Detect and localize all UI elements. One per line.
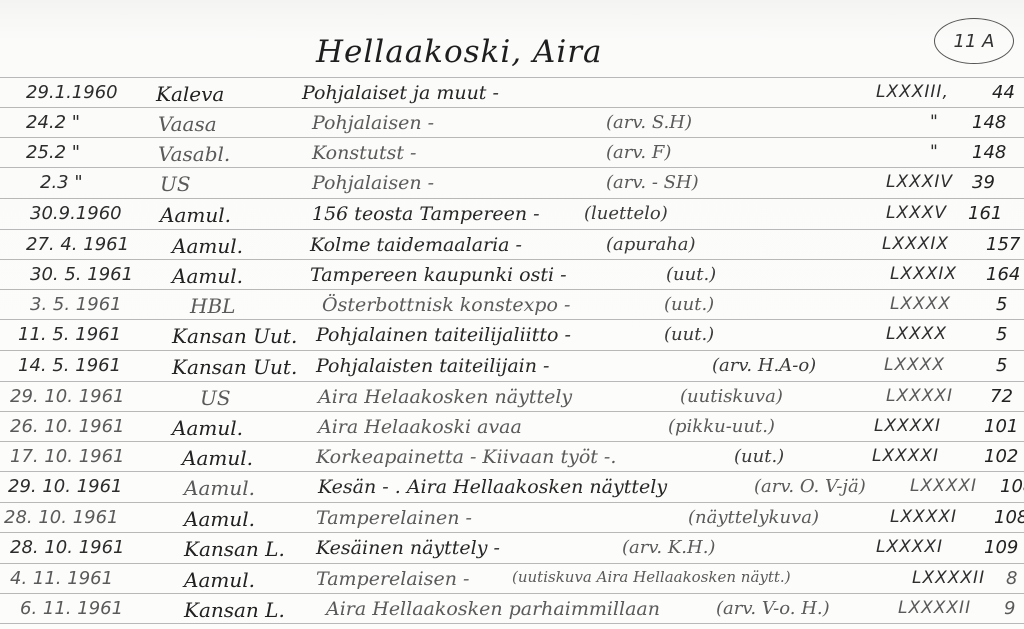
- entry-source: Kansan Uut.: [172, 324, 297, 348]
- entry-row: 30.9.1960 Aamul. 156 teosta Tampereen - …: [0, 201, 1024, 231]
- entry-title: Pohjalaisen -: [312, 172, 434, 194]
- entry-volume: ": [930, 142, 939, 162]
- entry-title: Konstutst -: [312, 142, 416, 164]
- entry-note: (näyttelykuva): [688, 507, 819, 528]
- entry-title: 156 teosta Tampereen -: [312, 203, 540, 225]
- entry-volume: LXXXV: [886, 203, 947, 223]
- entry-title: Tampereen kaupunki osti -: [310, 264, 567, 286]
- entry-page: 39: [972, 172, 995, 193]
- entry-title: Tamperelaisen -: [316, 568, 469, 590]
- entry-row: 14. 5. 1961 Kansan Uut. Pohjalaisten tai…: [0, 353, 1024, 383]
- entry-source: Aamul.: [160, 203, 231, 227]
- entry-date: 29.1.1960: [26, 82, 118, 103]
- entry-title: Kolme taidemaalaria -: [310, 234, 522, 256]
- entry-volume: LXXXIII,: [876, 82, 949, 102]
- entry-volume: LXXXX: [884, 355, 945, 375]
- entry-volume: LXXXIV: [886, 172, 953, 192]
- entry-note: (uutiskuva): [680, 386, 783, 407]
- entry-volume: ": [930, 112, 939, 132]
- entry-title: Österbottnisk konstexpo -: [322, 294, 570, 316]
- entry-row: 28. 10. 1961 Kansan L. Kesäinen näyttely…: [0, 535, 1024, 565]
- entry-row: 29.1.1960 Kaleva Pohjalaiset ja muut - L…: [0, 80, 1024, 110]
- entry-source: Kansan L.: [184, 537, 285, 561]
- entry-row: 3. 5. 1961 HBL Österbottnisk konstexpo -…: [0, 292, 1024, 322]
- entry-row: 26. 10. 1961 Aamul. Aira Helaakoski avaa…: [0, 414, 1024, 444]
- entry-note: (uut.): [666, 264, 716, 285]
- entry-page: 148: [972, 142, 1006, 163]
- entry-source: Aamul.: [172, 234, 243, 258]
- entry-page: 72: [990, 386, 1013, 407]
- entry-volume: LXXXXI: [910, 476, 977, 496]
- entry-source: Kaleva: [156, 82, 224, 106]
- entry-page: 102: [984, 446, 1018, 467]
- entry-page: 5: [996, 355, 1007, 376]
- entry-date: 29. 10. 1961: [8, 476, 123, 497]
- entry-title: Aira Helaakoski avaa: [318, 416, 522, 438]
- entry-row: 25.2 " Vasabl. Konstutst - (arv. F) " 14…: [0, 140, 1024, 170]
- entry-date: 30. 5. 1961: [30, 264, 133, 285]
- entry-page: 164: [986, 264, 1020, 285]
- entry-row: 24.2 " Vaasa Pohjalaisen - (arv. S.H) " …: [0, 110, 1024, 140]
- entry-page: 101: [984, 416, 1018, 437]
- entry-note: (arv. O. V-jä): [754, 476, 866, 497]
- entry-title: Pohjalaisen -: [312, 112, 434, 134]
- entry-title: Pohjalainen taiteilijaliitto -: [316, 324, 571, 346]
- entry-page: 9: [1004, 598, 1015, 619]
- entry-source: Aamul.: [184, 476, 255, 500]
- entry-page: 5: [996, 294, 1007, 315]
- entry-source: Vasabl.: [158, 142, 230, 166]
- entry-date: 30.9.1960: [30, 203, 122, 224]
- entry-row: 27. 4. 1961 Aamul. Kolme taidemaalaria -…: [0, 232, 1024, 262]
- entry-volume: LXXXXII: [898, 598, 971, 618]
- entry-date: 6. 11. 1961: [20, 598, 123, 619]
- entry-title: Aira Helaakosken näyttely: [318, 386, 572, 408]
- entry-page: 148: [972, 112, 1006, 133]
- entry-row: 29. 10. 1961 Aamul. Kesän - . Aira Hella…: [0, 474, 1024, 504]
- entry-date: 17. 10. 1961: [10, 446, 125, 467]
- entry-note: (uutiskuva Aira Hellaakosken näytt.): [512, 568, 791, 586]
- entry-note: (uut.): [664, 294, 714, 315]
- entry-source: US: [160, 172, 191, 196]
- entry-page: 157: [986, 234, 1020, 255]
- entry-date: 29. 10. 1961: [10, 386, 125, 407]
- entry-volume: LXXXXI: [890, 507, 957, 527]
- entry-page: 109: [984, 537, 1018, 558]
- card-title: Hellaakoski, Aira: [316, 34, 603, 70]
- entry-page: 5: [996, 324, 1007, 345]
- entry-note: (apuraha): [606, 234, 696, 255]
- entry-title: Aira Hellaakosken parhaimmillaan: [326, 598, 660, 620]
- entry-title: Kesäinen näyttely -: [316, 537, 500, 559]
- entry-note: (arv. K.H.): [622, 537, 715, 558]
- entry-source: HBL: [190, 294, 235, 318]
- entry-source: Aamul.: [182, 446, 253, 470]
- entry-date: 26. 10. 1961: [10, 416, 125, 437]
- entry-note: (luettelo): [584, 203, 668, 224]
- entry-title: Pohjalaisten taiteilijain -: [316, 355, 549, 377]
- entry-title: Pohjalaiset ja muut -: [302, 82, 499, 104]
- entry-date: 25.2 ": [26, 142, 80, 163]
- entry-page: 44: [992, 82, 1015, 103]
- entry-volume: LXXXXI: [874, 416, 941, 436]
- index-card: Hellaakoski, Aira 11 A 29.1.1960 Kaleva …: [0, 0, 1024, 629]
- entry-note: (arv. V-o. H.): [716, 598, 830, 619]
- entry-row: 17. 10. 1961 Aamul. Korkeapainetta - Kii…: [0, 444, 1024, 474]
- entry-volume: LXXXXI: [886, 386, 953, 406]
- entry-source: Aamul.: [172, 264, 243, 288]
- entry-note: (arv. - SH): [606, 172, 699, 193]
- entry-note: (arv. S.H): [606, 112, 692, 133]
- entry-date: 28. 10. 1961: [4, 507, 119, 528]
- entry-row: 6. 11. 1961 Kansan L. Aira Hellaakosken …: [0, 596, 1024, 626]
- entry-source: Aamul.: [172, 416, 243, 440]
- entry-title: Korkeapainetta - Kiivaan työt -.: [316, 446, 616, 468]
- entry-row: 28. 10. 1961 Aamul. Tamperelainen - (näy…: [0, 505, 1024, 535]
- entry-page: 161: [968, 203, 1002, 224]
- card-id-badge: 11 A: [934, 18, 1014, 64]
- entry-note: (arv. H.A-o): [712, 355, 816, 376]
- entry-source: Aamul.: [184, 568, 255, 592]
- entry-source: Kansan L.: [184, 598, 285, 622]
- entry-date: 4. 11. 1961: [10, 568, 113, 589]
- entry-row: 30. 5. 1961 Aamul. Tampereen kaupunki os…: [0, 262, 1024, 292]
- entry-source: Aamul.: [184, 507, 255, 531]
- entry-date: 27. 4. 1961: [26, 234, 129, 255]
- entry-note: (uut.): [734, 446, 784, 467]
- entry-date: 14. 5. 1961: [18, 355, 121, 376]
- entry-title: Kesän - . Aira Hellaakosken näyttely: [318, 476, 667, 498]
- entry-volume: LXXXXI: [872, 446, 939, 466]
- entry-volume: LXXXX: [890, 294, 951, 314]
- ruled-line: [0, 77, 1024, 78]
- entry-volume: LXXXIX: [882, 234, 949, 254]
- entry-volume: LXXXX: [886, 324, 947, 344]
- entry-title: Tamperelainen -: [316, 507, 472, 529]
- entry-note: (arv. F): [606, 142, 671, 163]
- entry-date: 2.3 ": [40, 172, 83, 193]
- entry-date: 3. 5. 1961: [30, 294, 122, 315]
- entry-row: 11. 5. 1961 Kansan Uut. Pohjalainen tait…: [0, 322, 1024, 352]
- entry-date: 11. 5. 1961: [18, 324, 121, 345]
- entry-volume: LXXXXI: [876, 537, 943, 557]
- entry-note: (uut.): [664, 324, 714, 345]
- entry-row: 4. 11. 1961 Aamul. Tamperelaisen - (uuti…: [0, 566, 1024, 596]
- entry-volume: LXXXXII: [912, 568, 985, 588]
- entry-page: 108: [1000, 476, 1024, 497]
- entry-row: 2.3 " US Pohjalaisen - (arv. - SH) LXXXI…: [0, 170, 1024, 200]
- entry-date: 28. 10. 1961: [10, 537, 125, 558]
- entry-page: 108: [994, 507, 1024, 528]
- entry-page: 8: [1006, 568, 1017, 589]
- entry-source: US: [200, 386, 231, 410]
- entry-source: Kansan Uut.: [172, 355, 297, 379]
- entry-row: 29. 10. 1961 US Aira Helaakosken näyttel…: [0, 384, 1024, 414]
- entry-volume: LXXXIX: [890, 264, 957, 284]
- entry-note: (pikku-uut.): [668, 416, 775, 437]
- entry-source: Vaasa: [158, 112, 217, 136]
- entry-date: 24.2 ": [26, 112, 80, 133]
